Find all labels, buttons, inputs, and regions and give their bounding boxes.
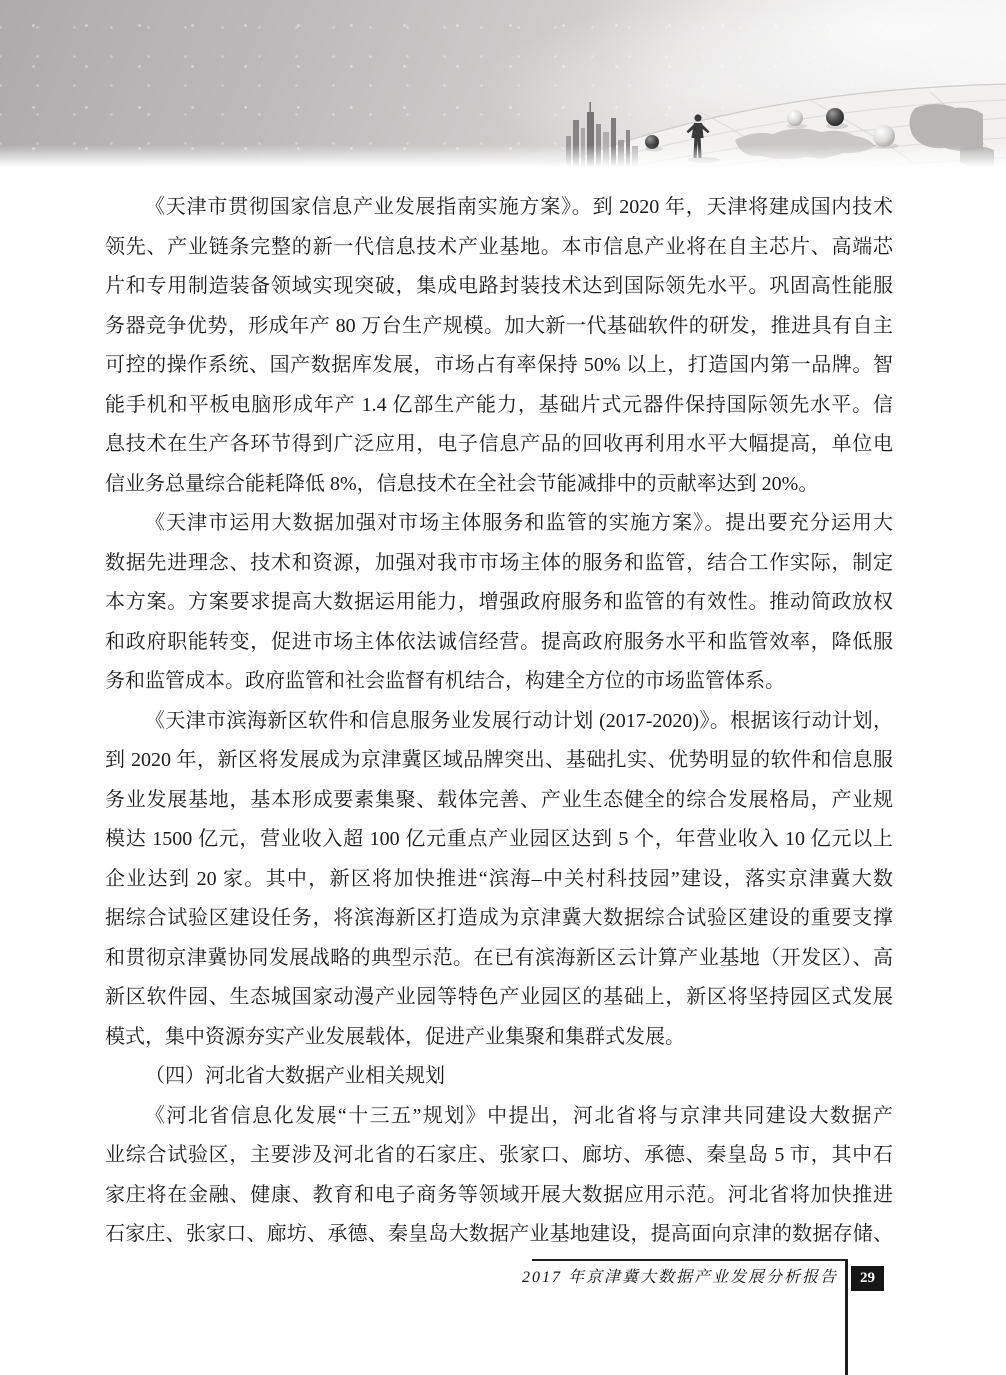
text-line: 本方案。方案要求提高大数据运用能力，增强政府服务和监管的有效性。推动简政放权	[105, 583, 893, 623]
text-line: 能手机和平板电脑形成年产 1.4 亿部生产能力，基础片式元器件保持国际领先水平。…	[105, 386, 893, 426]
page-body: 《天津市贯彻国家信息产业发展指南实施方案》。到 2020 年，天津将建成国内技术…	[105, 188, 893, 1255]
text-line: 《天津市运用大数据加强对市场主体服务和监管的实施方案》。提出要充分运用大	[105, 504, 893, 544]
section-heading: （四）河北省大数据产业相关规划	[105, 1057, 893, 1097]
paragraph: 《天津市滨海新区软件和信息服务业发展行动计划 (2017-2020)》。根据该行…	[105, 702, 893, 1058]
text-line: 据综合试验区建设任务，将滨海新区打造成为京津冀大数据综合试验区建设的重要支撑	[105, 899, 893, 939]
dark-sphere-icon	[645, 135, 659, 149]
light-sphere-icon	[873, 125, 895, 147]
text-line: 数据先进理念、技术和资源，加强对我市市场主体的服务和监管，结合工作实际，制定	[105, 544, 893, 584]
footer-vertical-rule	[845, 1259, 848, 1375]
dark-sphere-icon	[826, 108, 844, 126]
page-number-badge: 29	[851, 1266, 884, 1291]
footer-report-title: 2017 年京津冀大数据产业发展分析报告	[500, 1265, 838, 1290]
text-line: 和政府职能转变，促进市场主体依法诚信经营。提高政府服务水平和监管效率，降低服	[105, 623, 893, 663]
paragraph: 《天津市贯彻国家信息产业发展指南实施方案》。到 2020 年，天津将建成国内技术…	[105, 188, 893, 504]
text-line: 信业务总量综合能耗降低 8%，信息技术在全社会节能减排中的贡献率达到 20%。	[105, 465, 893, 505]
text-line: 《天津市滨海新区软件和信息服务业发展行动计划 (2017-2020)》。根据该行…	[105, 702, 893, 742]
text-line: 息技术在生产各环节得到广泛应用，电子信息产品的回收再利用水平大幅提高，单位电	[105, 425, 893, 465]
paragraph: 《天津市运用大数据加强对市场主体服务和监管的实施方案》。提出要充分运用大数据先进…	[105, 504, 893, 702]
text-line: （四）河北省大数据产业相关规划	[105, 1057, 893, 1097]
text-line: 家庄将在金融、健康、教育和电子商务等领域开展大数据应用示范。河北省将加快推进	[105, 1176, 893, 1216]
text-line: 石家庄、张家口、廊坊、承德、秦皇岛大数据产业基地建设，提高面向京津的数据存储、	[105, 1215, 893, 1255]
text-line: 可控的操作系统、国产数据库发展，市场占有率保持 50% 以上，打造国内第一品牌。…	[105, 346, 893, 386]
text-line: 和贯彻京津冀协同发展战略的典型示范。在已有滨海新区云计算产业基地（开发区）、高	[105, 939, 893, 979]
text-line: 《天津市贯彻国家信息产业发展指南实施方案》。到 2020 年，天津将建成国内技术	[105, 188, 893, 228]
text-line: 《河北省信息化发展“十三五”规划》中提出，河北省将与京津共同建设大数据产	[105, 1097, 893, 1137]
footer-rule	[532, 1259, 845, 1261]
text-line: 模式，集中资源夯实产业发展载体，促进产业集聚和集群式发展。	[105, 1018, 893, 1058]
header-illustration	[0, 0, 1006, 170]
text-line: 务和监管成本。政府监管和社会监督有机结合，构建全方位的市场监管体系。	[105, 662, 893, 702]
paragraph: 《河北省信息化发展“十三五”规划》中提出，河北省将与京津共同建设大数据产业综合试…	[105, 1097, 893, 1255]
header-art-svg	[0, 0, 1006, 170]
text-line: 务业发展基地，基本形成要素集聚、载体完善、产业生态健全的综合发展格局，产业规	[105, 781, 893, 821]
text-line: 领先、产业链条完整的新一代信息技术产业基地。本市信息产业将在自主芯片、高端芯	[105, 228, 893, 268]
light-sphere-icon	[787, 110, 803, 126]
text-line: 模达 1500 亿元，营业收入超 100 亿元重点产业园区达到 5 个，年营业收…	[105, 820, 893, 860]
text-line: 片和专用制造装备领域实现突破，集成电路封装技术达到国际领先水平。巩固高性能服	[105, 267, 893, 307]
text-line: 企业达到 20 家。其中，新区将加快推进“滨海–中关村科技园”建设，落实京津冀大…	[105, 860, 893, 900]
text-line: 到 2020 年，新区将发展成为京津冀区域品牌突出、基础扎实、优势明显的软件和信…	[105, 741, 893, 781]
text-line: 新区软件园、生态城国家动漫产业园等特色产业园区的基础上，新区将坚持园区式发展	[105, 978, 893, 1018]
report-page: 《天津市贯彻国家信息产业发展指南实施方案》。到 2020 年，天津将建成国内技术…	[0, 0, 1006, 1375]
text-line: 务器竞争优势，形成年产 80 万台生产规模。加大新一代基础软件的研发，推进具有自…	[105, 307, 893, 347]
text-line: 业综合试验区，主要涉及河北省的石家庄、张家口、廊坊、承德、秦皇岛 5 市，其中石	[105, 1136, 893, 1176]
